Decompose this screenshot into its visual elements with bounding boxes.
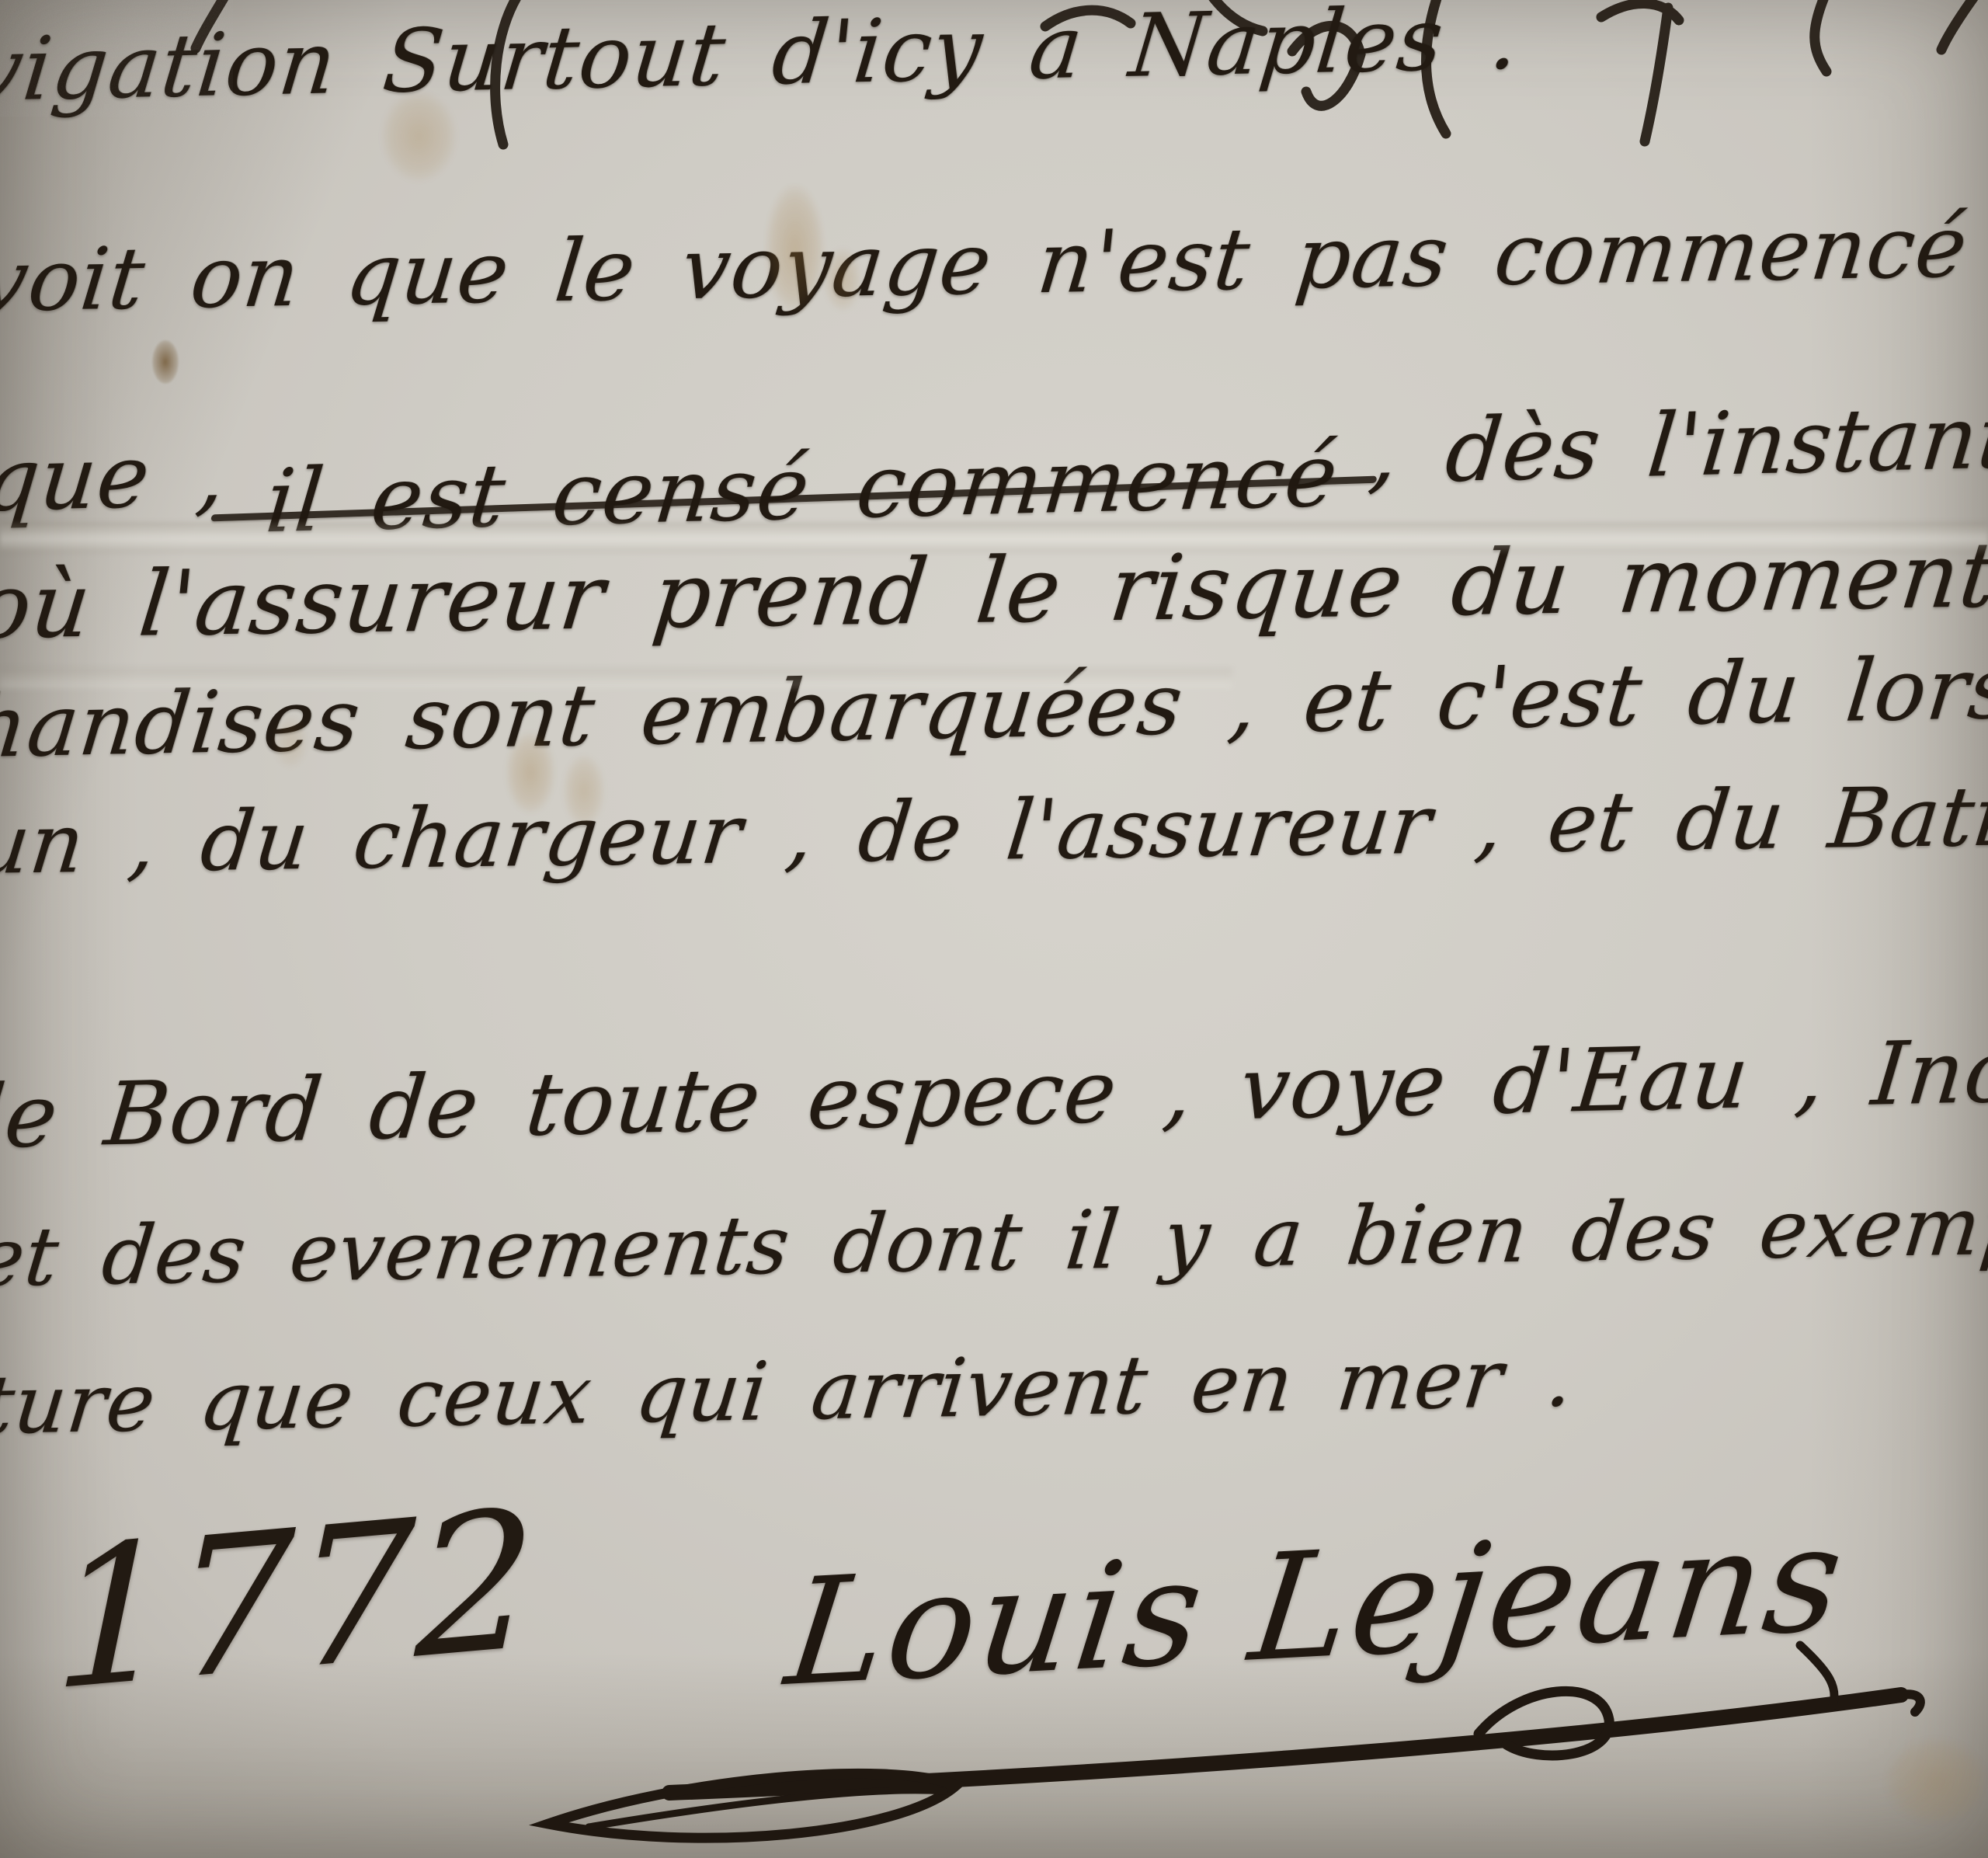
text-line-3-after-correction: , dès l'instant que <box>1365 381 1988 503</box>
ink-speck <box>152 340 179 384</box>
text-line-9: ture que ceux qui arrivent en mer . <box>0 1330 1579 1453</box>
signature-louis-lejeans: Louis Lejeans <box>778 1493 1854 1720</box>
year-1772: 1772 <box>52 1468 538 1733</box>
text-line-2: voit on que le voyage n'est pas commencé… <box>0 196 1988 332</box>
text-line-3-before-correction: que , <box>0 424 231 531</box>
text-line-3: que ,il est censé commencé, dès l'instan… <box>0 371 1988 527</box>
text-line-8: et des evenements dont il y a bien des e… <box>0 1176 1988 1305</box>
struck-through-words: il est censé commencé <box>262 425 1343 552</box>
ink-stain <box>1885 1738 1986 1824</box>
text-line-5: handises sont embarquées , et c'est du l… <box>0 635 1988 778</box>
text-line-7: le Bord de toute espece , voye d'Eau , I… <box>0 1015 1988 1168</box>
text-line-1: vigation Surtout d'icy a Naples . <box>0 0 1524 121</box>
text-line-6: un , du chargeur , de l'assureur , et du… <box>0 766 1988 892</box>
manuscript-page: vigation Surtout d'icy a Naples . voit o… <box>0 0 1988 1858</box>
